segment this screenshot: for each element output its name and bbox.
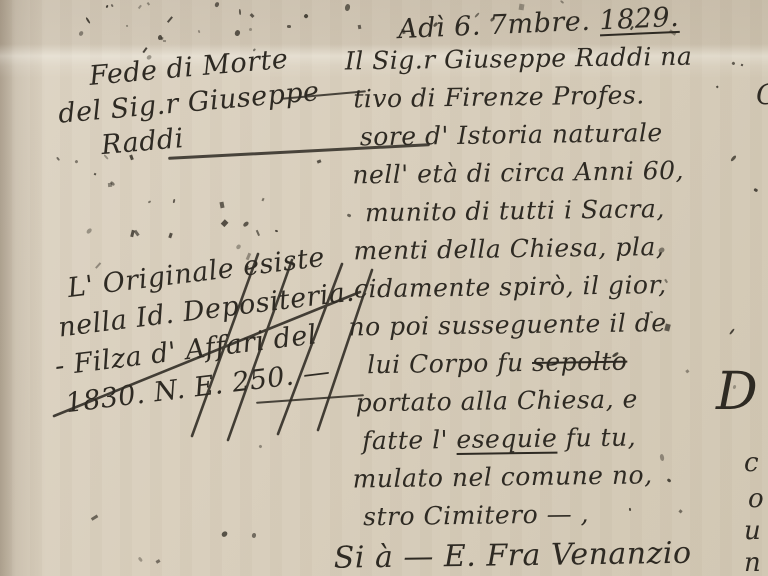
body-text-segment: nell' età di circa Anni 60, xyxy=(352,156,684,190)
body-line: Si à — E. Fra Venanzio xyxy=(334,536,692,576)
edge-fragment-letter: u xyxy=(744,516,761,546)
body-text-segment: stro Cimitero — , xyxy=(363,499,589,531)
body-line: stro Cimitero — , xyxy=(363,499,589,531)
ink-speck xyxy=(238,9,240,16)
body-line: lui Corpo fu sepolto xyxy=(367,347,628,380)
body-text-segment: lui Corpo fu xyxy=(367,348,532,379)
body-line: nell' età di circa Anni 60, xyxy=(352,156,684,190)
body-line: tivo di Firenze Profes. xyxy=(353,80,645,113)
body-line: menti della Chiesa, pla, xyxy=(353,232,664,265)
manuscript-page: Adì 6. 7mbre. 1829. Fede di Mortedel Sig… xyxy=(0,0,768,576)
body-line: Il Sig.r Giuseppe Raddi na xyxy=(345,42,693,76)
ink-speck xyxy=(219,202,224,208)
body-text-segment: munito di tutti i Sacra, xyxy=(365,194,665,227)
edge-fragment-letter: o xyxy=(748,484,764,514)
body-text-segment: cidamente spirò, il gior, xyxy=(354,270,667,303)
body-text: Il Sig.r Giuseppe Raddi nativo di Firenz… xyxy=(0,0,768,576)
body-line: mulato nel comune no, xyxy=(352,460,652,493)
edge-fragment-letter: C xyxy=(756,78,768,111)
body-line: fatte l' esequie fu tu, xyxy=(362,422,636,455)
body-text-segment: fu tu, xyxy=(557,422,636,452)
body-text-segment: fatte l' xyxy=(362,425,457,455)
body-text-segment: tivo di Firenze Profes. xyxy=(353,80,645,113)
body-text-segment: mulato nel comune no, xyxy=(352,460,652,493)
body-text-segment: portato alla Chiesa, e xyxy=(355,384,638,417)
body-line: cidamente spirò, il gior, xyxy=(354,270,667,303)
edge-fragment-letter: D xyxy=(716,362,758,422)
body-text-segment: menti della Chiesa, pla, xyxy=(353,232,664,265)
struck-word: sepolto xyxy=(532,347,628,377)
body-line: munito di tutti i Sacra, xyxy=(365,194,665,227)
body-line: sore d' Istoria naturale xyxy=(360,118,663,151)
body-line: portato alla Chiesa, e xyxy=(355,384,638,417)
body-text-segment: no poi susseguente il de xyxy=(348,308,666,341)
edge-fragment-letter: n xyxy=(744,548,761,576)
body-text-segment: Il Sig.r Giuseppe Raddi na xyxy=(345,42,693,76)
edge-fragment-letter: c xyxy=(744,448,759,478)
body-text-segment: Si à — E. Fra Venanzio xyxy=(334,536,692,576)
underlined-word: esequie xyxy=(456,424,557,454)
body-line: no poi susseguente il de xyxy=(348,308,666,341)
body-text-segment: sore d' Istoria naturale xyxy=(360,118,663,151)
